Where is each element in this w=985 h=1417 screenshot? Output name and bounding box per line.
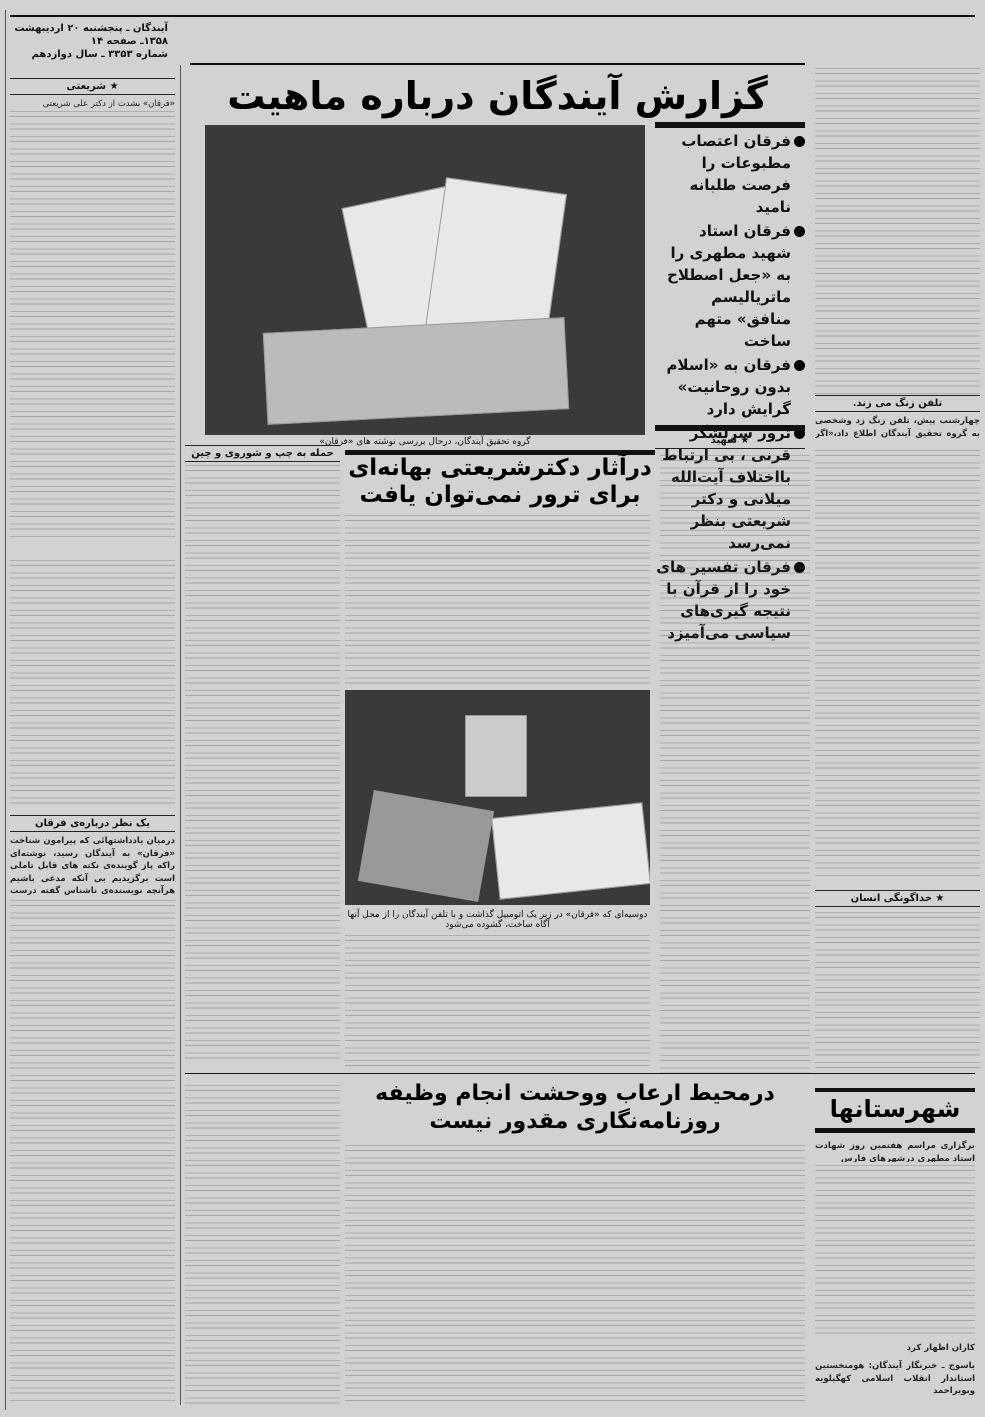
article-right-top [815, 68, 980, 398]
headline-rule [190, 63, 805, 65]
highlights-bottom-bar [655, 425, 805, 431]
column-divider [180, 65, 181, 1405]
article-right-lower [815, 912, 980, 1072]
article-center-left [185, 465, 340, 1065]
cities-title: شهرستانها [815, 1092, 975, 1126]
section-one-view: یک نظر درباره‌ی فرقان [10, 815, 175, 832]
section-shariati: ★ شریعتی [10, 78, 175, 95]
masthead-page: ۱۳۵۸ـ صفحه ۱۴ [8, 35, 168, 48]
photo2-caption: دوسیه‌ای که «فرقان» در زیر یک اتومبیل گذ… [345, 910, 650, 930]
highlight-item: فرقان اعتصاب مطبوعات را فرصت طلبانه نامی… [655, 130, 805, 218]
highlights-top-bar [655, 122, 805, 128]
photo-documents [205, 125, 645, 435]
newspaper-page: آیندگان ـ پنجشنبه ۲۰ اردیبهشت ۱۳۵۸ـ صفحه… [0, 0, 985, 1417]
bottom-headline: درمحیط ارعاب ووحشت انجام وظیفه روزنامه‌ن… [345, 1080, 805, 1136]
masthead-issue: شماره ۳۳۵۳ ـ سال دوازدهم [8, 48, 168, 61]
cities-articles [815, 1165, 975, 1340]
section-phone: تلفن زنگ می زند. [815, 395, 980, 412]
article-left-mid [10, 560, 175, 805]
section-attack-left: حمله به چپ و شوروی و چین [185, 445, 340, 462]
article-bottom-left [185, 1085, 340, 1405]
left-border [5, 10, 6, 1410]
cities-bottom-bar [815, 1128, 975, 1133]
yasuj-text: یاسوج ـ خبرنگار آیندگان: هومنخستین استان… [815, 1360, 975, 1410]
sub-headline: درآثار دکترشریعتی بهانه‌ای برای ترور نمی… [345, 455, 655, 509]
article-shariati: «فرقان» بشدت از دکتر علی شریعتی [10, 98, 175, 538]
highlight-item: فرقان به «اسلام بدون روحانیت» گرایش دارد [655, 354, 805, 420]
masthead: آیندگان ـ پنجشنبه ۲۰ اردیبهشت ۱۳۵۸ـ صفحه… [8, 22, 168, 61]
photo-dossier [345, 690, 650, 905]
section-shahid: ★ شهید [655, 433, 805, 449]
yasuj-title: کاران اظهار کرد [815, 1342, 975, 1356]
section-human-alienation: ★ خداگونگی انسان [815, 890, 980, 907]
article-left-bottom [10, 900, 175, 1405]
article-bottom-center [345, 1145, 805, 1405]
bottom-rule [185, 1073, 975, 1074]
one-view-intro: درمیان یادداشتهائی که پیرامون شناخت «فرق… [10, 835, 175, 895]
article-shariati-body [345, 515, 650, 685]
article-right-mid [815, 450, 980, 880]
cities-first-title: برگزاری مراسم هفتمین روز شهادت استاد مطه… [815, 1140, 975, 1162]
phone-intro: چهارشنب پیش، تلفن زنگ زد وشخصی به گروه ت… [815, 415, 980, 445]
article-center-right [660, 455, 810, 1075]
highlight-item: فرقان استاد شهید مطهری را به «جعل اصطلاح… [655, 220, 805, 352]
top-rule [10, 15, 975, 17]
masthead-date: آیندگان ـ پنجشنبه ۲۰ اردیبهشت [8, 22, 168, 35]
article-below-photo [345, 935, 650, 1070]
